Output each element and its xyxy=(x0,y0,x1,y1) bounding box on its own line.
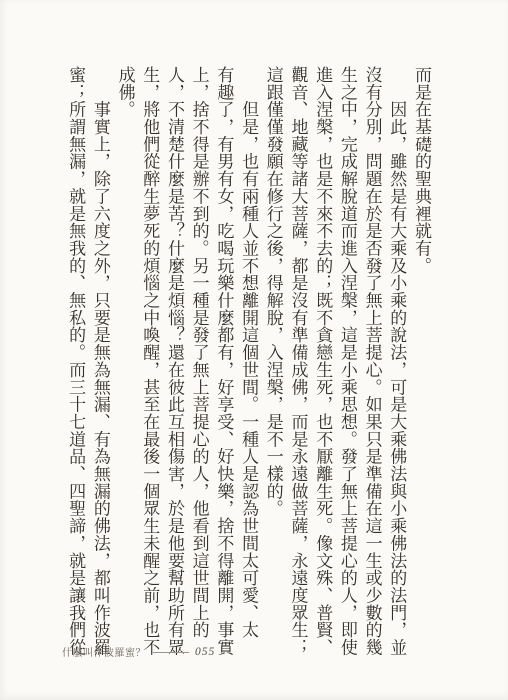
text-column: 因此，雖然是有大乘及小乘的說法，可是大乘佛法與小乘佛法的法門，並 xyxy=(384,66,409,660)
book-page-scan: { "page": { "background_color": "#fbfaf6… xyxy=(0,0,508,700)
footer-rule xyxy=(153,652,189,653)
text-column: 有趣了，有男有女，吃喝玩樂什麼都有，好享受、好快樂，捨不得離開，事實 xyxy=(211,66,236,660)
text-column: 這跟僅僅發願在修行之後，得解脫，入涅槃，是不一樣的。 xyxy=(260,66,285,660)
page-number: 055 xyxy=(195,646,215,658)
text-column: 沒有分別，問題在於是否發了無上菩提心。如果只是準備在這一生或少數的幾 xyxy=(359,66,384,660)
running-footer: 什麼叫作波羅蜜？ 055 xyxy=(62,644,215,659)
text-column: 蜜；所謂無漏，就是無我的、無私的。而三十七道品、四聖諦，就是讓我們從 xyxy=(62,66,87,660)
footer-chapter-title: 什麼叫作波羅蜜？ xyxy=(62,644,146,659)
text-column: 觀音、地藏等諸大菩薩，都是沒有準備成佛，而是永遠做菩薩，永遠度眾生； xyxy=(285,66,310,660)
body-text: 而是在基礎的聖典裡就有。 因此，雖然是有大乘及小乘的說法，可是大乘佛法與小乘佛法… xyxy=(62,66,433,660)
text-column: 但是，也有兩種人並不想離開這個世間。一種人是認為世間太可愛、太 xyxy=(235,66,260,660)
text-column: 生之中，完成解脫道而進入涅槃，這是小乘思想。發了無上菩提心的人，即使 xyxy=(334,66,359,660)
text-column: 事實上，除了六度之外，只要是無為無漏、有為無漏的佛法，都叫作波羅 xyxy=(87,66,112,660)
text-column: 人，不清楚什麼是苦？什麼是煩惱？還在彼此互相傷害，於是他要幫助所有眾 xyxy=(161,66,186,660)
text-column: 生，將他們從醉生夢死的煩惱之中喚醒，甚至在最後一個眾生未醒之前，也不 xyxy=(137,66,162,660)
text-column: 進入涅槃，也是不來不去的；既不貪戀生死，也不厭離生死。像文殊、普賢、 xyxy=(309,66,334,660)
text-column: 而是在基礎的聖典裡就有。 xyxy=(408,66,433,660)
text-column: 成佛。 xyxy=(112,66,137,660)
page-surface: 而是在基礎的聖典裡就有。 因此，雖然是有大乘及小乘的說法，可是大乘佛法與小乘佛法… xyxy=(0,0,508,700)
text-column: 上，捨不得是辦不到的。另一種是發了無上菩提心的人，他看到這世間上的 xyxy=(186,66,211,660)
